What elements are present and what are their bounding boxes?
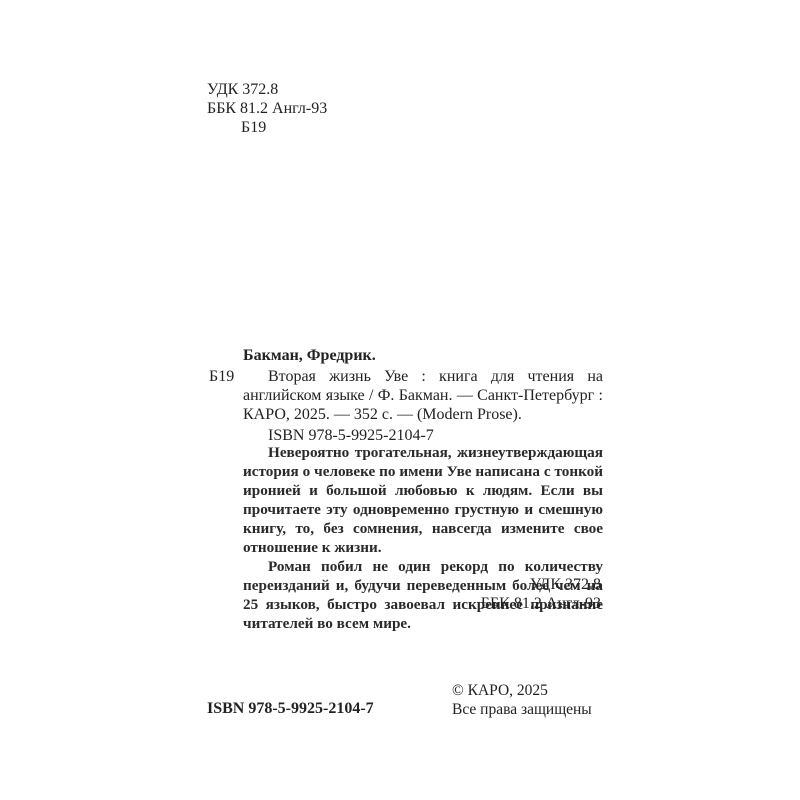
classification-block-bottom: УДК 372.8 ББК 81.2 Англ-93 <box>440 575 601 613</box>
rights-reserved: Все права защищены <box>452 700 592 719</box>
copyright-notice: © КАРО, 2025 <box>452 681 592 700</box>
udk-code: УДК 372.8 <box>207 80 327 99</box>
author-heading: Бакман, Фредрик. <box>243 346 376 365</box>
bibliographic-description: Вторая жизнь Уве : книга для чтения на а… <box>243 367 603 445</box>
bbk-code: ББК 81.2 Англ-93 <box>207 99 327 118</box>
copyright-block: © КАРО, 2025 Все права защищены <box>452 681 592 719</box>
footer-isbn: ISBN 978-5-9925-2104-7 <box>207 699 374 718</box>
annotation-paragraph: Невероятно трогательная, жизнеутверждающ… <box>243 443 603 557</box>
record-author-sign: Б19 <box>209 367 234 386</box>
title-description: Вторая жизнь Уве : книга для чтения на а… <box>243 367 603 424</box>
udk-code: УДК 372.8 <box>440 575 601 594</box>
imprint-page: УДК 372.8 ББК 81.2 Англ-93 Б19 Бакман, Ф… <box>0 0 800 800</box>
author-sign: Б19 <box>207 118 327 137</box>
classification-block-top: УДК 372.8 ББК 81.2 Англ-93 Б19 <box>207 80 327 137</box>
bbk-code: ББК 81.2 Англ-93 <box>440 594 601 613</box>
